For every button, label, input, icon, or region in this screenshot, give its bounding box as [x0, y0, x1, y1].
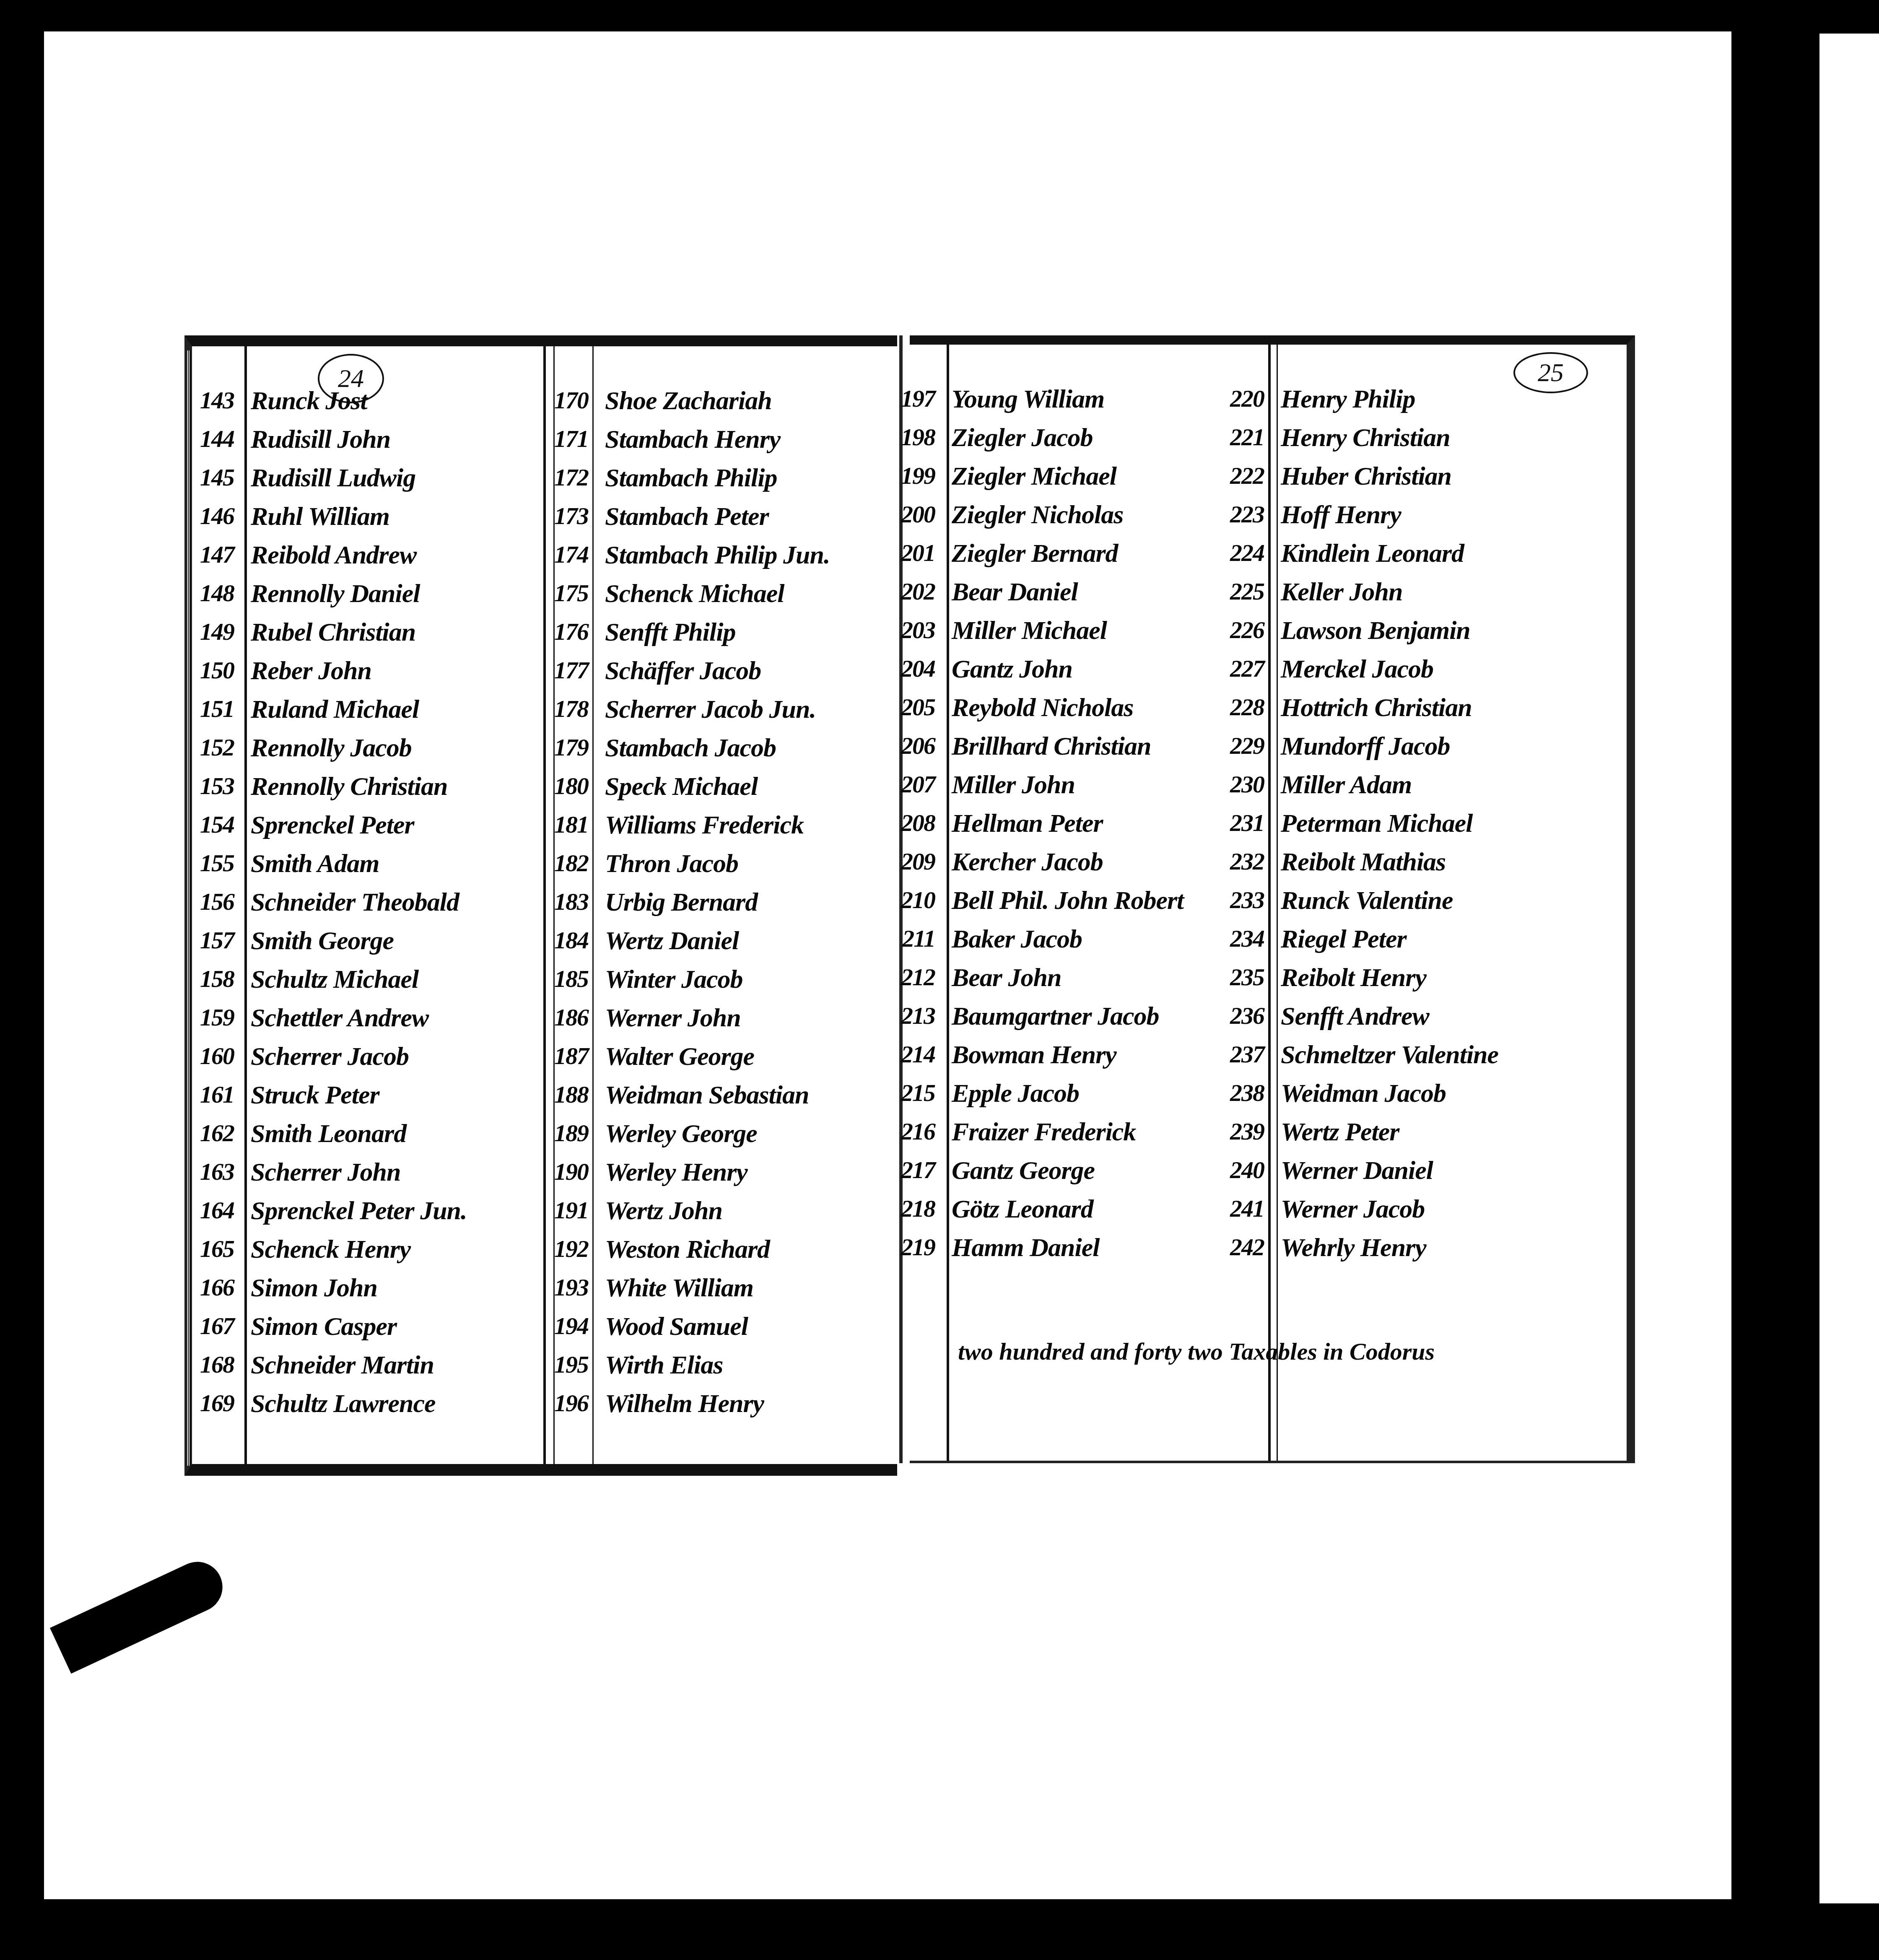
taxable-name: Schultz Michael — [251, 965, 418, 994]
taxable-name: Runck Jost — [251, 386, 367, 416]
left-page: 24 143Runck Jost144Rudisill John145Rudis… — [184, 335, 897, 1476]
entry-number: 212 — [893, 963, 935, 991]
entry-number: 214 — [893, 1040, 935, 1068]
taxable-name: Runck Valentine — [1281, 886, 1453, 916]
column-divider-rule — [543, 346, 546, 1464]
entry-number: 167 — [192, 1312, 234, 1340]
entry-number: 147 — [192, 540, 234, 569]
entry-number: 232 — [1222, 847, 1264, 875]
entry-number: 190 — [546, 1158, 588, 1186]
entry-number: 187 — [546, 1042, 588, 1070]
taxable-name: Fraizer Frederick — [952, 1117, 1136, 1147]
taxable-name: Rudisill John — [251, 425, 390, 454]
taxable-name: Simon Casper — [251, 1312, 397, 1342]
entry-number: 171 — [546, 425, 588, 453]
taxable-name: Scherrer Jacob Jun. — [605, 695, 816, 724]
taxable-name: Reibolt Henry — [1281, 963, 1426, 993]
entry-number: 146 — [192, 502, 234, 530]
entry-number: 176 — [546, 618, 588, 646]
entry-number: 144 — [192, 425, 234, 453]
taxable-name: Kindlein Leonard — [1281, 539, 1464, 569]
taxable-name: Schettler Andrew — [251, 1003, 428, 1033]
taxable-name: Wehrly Henry — [1281, 1233, 1426, 1263]
taxable-name: Ziegler Jacob — [952, 423, 1093, 453]
taxable-name: Hoff Henry — [1281, 500, 1401, 530]
taxable-name: Wertz Daniel — [605, 926, 739, 956]
entry-number: 234 — [1222, 924, 1264, 953]
entry-number: 172 — [546, 463, 588, 491]
taxable-name: Rennolly Christian — [251, 772, 448, 802]
entry-number: 223 — [1222, 500, 1264, 528]
taxable-name: Schenck Michael — [605, 579, 784, 609]
entry-number: 145 — [192, 463, 234, 491]
number-column-rule — [592, 346, 594, 1464]
entry-number: 200 — [893, 500, 935, 528]
entry-number: 198 — [893, 423, 935, 451]
taxable-name: Stambach Peter — [605, 502, 769, 532]
taxable-name: Speck Michael — [605, 772, 758, 802]
taxable-name: Stambach Philip Jun. — [605, 540, 830, 570]
entry-number: 170 — [546, 386, 588, 414]
taxable-name: Werner John — [605, 1003, 741, 1033]
taxable-name: Götz Leonard — [952, 1194, 1093, 1224]
entry-number: 199 — [893, 462, 935, 490]
taxable-name: Smith George — [251, 926, 394, 956]
entry-number: 185 — [546, 965, 588, 993]
entry-number: 204 — [893, 654, 935, 683]
entry-number: 155 — [192, 849, 234, 877]
entry-number: 181 — [546, 810, 588, 839]
entry-number: 208 — [893, 809, 935, 837]
entry-number: 206 — [893, 732, 935, 760]
taxable-name: Rubel Christian — [251, 618, 415, 647]
entry-number: 219 — [893, 1233, 935, 1261]
entry-number: 158 — [192, 965, 234, 993]
taxable-name: Bear Daniel — [952, 577, 1078, 607]
entry-number: 178 — [546, 695, 588, 723]
entry-number: 241 — [1222, 1194, 1264, 1223]
entry-number: 211 — [893, 924, 935, 953]
taxable-name: Stambach Philip — [605, 463, 777, 493]
entry-number: 148 — [192, 579, 234, 607]
taxable-name: Rennolly Daniel — [251, 579, 420, 609]
taxable-name: Rennolly Jacob — [251, 733, 412, 763]
entry-number: 162 — [192, 1119, 234, 1147]
taxable-name: Smith Leonard — [251, 1119, 406, 1149]
taxable-name: Wertz John — [605, 1196, 722, 1226]
entry-number: 164 — [192, 1196, 234, 1224]
entry-number: 186 — [546, 1003, 588, 1031]
taxable-name: Thron Jacob — [605, 849, 738, 879]
entry-number: 151 — [192, 695, 234, 723]
taxable-name: Reber John — [251, 656, 371, 686]
entry-number: 149 — [192, 618, 234, 646]
taxable-name: Miller Michael — [952, 616, 1107, 646]
entry-number: 207 — [893, 770, 935, 798]
taxable-name: Wilhelm Henry — [605, 1389, 764, 1419]
entry-number: 213 — [893, 1002, 935, 1030]
taxable-name: Wirth Elias — [605, 1350, 723, 1380]
taxable-name: Shoe Zachariah — [605, 386, 772, 416]
taxable-name: Struck Peter — [251, 1080, 379, 1110]
entry-number: 239 — [1222, 1117, 1264, 1145]
taxable-name: Senfft Philip — [605, 618, 735, 647]
entry-number: 150 — [192, 656, 234, 684]
taxable-name: Epple Jacob — [952, 1079, 1079, 1109]
entry-number: 192 — [546, 1235, 588, 1263]
taxable-name: Huber Christian — [1281, 462, 1451, 491]
taxable-name: Smith Adam — [251, 849, 379, 879]
taxable-name: Schneider Theobald — [251, 888, 459, 917]
page-edge-stack — [186, 350, 190, 1466]
taxable-name: Ziegler Michael — [952, 462, 1116, 491]
taxable-name: Reibold Andrew — [251, 540, 416, 570]
entry-number: 163 — [192, 1158, 234, 1186]
entry-number: 238 — [1222, 1079, 1264, 1107]
taxable-name: Gantz John — [952, 654, 1072, 684]
taxable-name: Werner Jacob — [1281, 1194, 1425, 1224]
entry-number: 217 — [893, 1156, 935, 1184]
taxable-name: Baker Jacob — [952, 924, 1082, 954]
entry-number: 161 — [192, 1080, 234, 1109]
taxable-name: Weidman Jacob — [1281, 1079, 1446, 1109]
entry-number: 242 — [1222, 1233, 1264, 1261]
taxable-name: Peterman Michael — [1281, 809, 1473, 839]
taxable-name: Stambach Henry — [605, 425, 780, 454]
entry-number: 193 — [546, 1273, 588, 1301]
taxable-name: Ruland Michael — [251, 695, 419, 724]
taxable-name: Kercher Jacob — [952, 847, 1103, 877]
taxable-name: Sprenckel Peter — [251, 810, 414, 840]
taxable-name: Weidman Sebastian — [605, 1080, 809, 1110]
entry-number: 209 — [893, 847, 935, 875]
entry-number: 240 — [1222, 1156, 1264, 1184]
entry-number: 191 — [546, 1196, 588, 1224]
number-column-rule — [947, 345, 949, 1461]
entry-number: 179 — [546, 733, 588, 761]
taxable-name: Scherrer Jacob — [251, 1042, 409, 1072]
entry-number: 231 — [1222, 809, 1264, 837]
entry-number: 224 — [1222, 539, 1264, 567]
entry-number: 216 — [893, 1117, 935, 1145]
entry-number: 205 — [893, 693, 935, 721]
entry-number: 159 — [192, 1003, 234, 1031]
entry-number: 169 — [192, 1389, 234, 1417]
entry-number: 225 — [1222, 577, 1264, 605]
taxable-name: Hellman Peter — [952, 809, 1103, 839]
taxable-name: Winter Jacob — [605, 965, 742, 994]
entry-number: 166 — [192, 1273, 234, 1301]
entry-number: 196 — [546, 1389, 588, 1417]
taxable-name: Wood Samuel — [605, 1312, 748, 1342]
taxable-name: Merckel Jacob — [1281, 654, 1433, 684]
entry-number: 157 — [192, 926, 234, 954]
entry-number: 233 — [1222, 886, 1264, 914]
taxable-name: Schmeltzer Valentine — [1281, 1040, 1498, 1070]
entry-number: 180 — [546, 772, 588, 800]
taxable-name: Gantz George — [952, 1156, 1095, 1186]
entry-number: 228 — [1222, 693, 1264, 721]
entry-number: 226 — [1222, 616, 1264, 644]
taxable-name: Reibolt Mathias — [1281, 847, 1446, 877]
entry-number: 152 — [192, 733, 234, 761]
taxable-name: Senfft Andrew — [1281, 1002, 1429, 1031]
taxable-name: Mundorff Jacob — [1281, 732, 1450, 761]
taxable-name: Hottrich Christian — [1281, 693, 1472, 723]
taxable-name: Reybold Nicholas — [952, 693, 1133, 723]
entry-number: 183 — [546, 888, 588, 916]
entry-number: 177 — [546, 656, 588, 684]
taxable-name: Schultz Lawrence — [251, 1389, 435, 1419]
page-number-right: 25 — [1513, 352, 1588, 393]
entry-number: 168 — [192, 1350, 234, 1378]
total-taxables-summary: two hundred and forty two Taxables in Co… — [958, 1337, 1435, 1366]
taxable-name: Rudisill Ludwig — [251, 463, 415, 493]
taxable-name: Keller John — [1281, 577, 1402, 607]
taxable-name: Schenck Henry — [251, 1235, 410, 1264]
taxable-name: Miller Adam — [1281, 770, 1412, 800]
taxable-name: Lawson Benjamin — [1281, 616, 1470, 646]
entry-number: 153 — [192, 772, 234, 800]
entry-number: 189 — [546, 1119, 588, 1147]
entry-number: 175 — [546, 579, 588, 607]
taxable-name: Henry Christian — [1281, 423, 1450, 453]
taxable-name: Brillhard Christian — [952, 732, 1151, 761]
entry-number: 201 — [893, 539, 935, 567]
entry-number: 236 — [1222, 1002, 1264, 1030]
taxable-name: Weston Richard — [605, 1235, 770, 1264]
taxable-name: Hamm Daniel — [952, 1233, 1099, 1263]
taxable-name: Urbig Bernard — [605, 888, 758, 917]
entry-number: 227 — [1222, 654, 1264, 683]
entry-number: 202 — [893, 577, 935, 605]
ledger-book: 24 143Runck Jost144Rudisill John145Rudis… — [184, 335, 1635, 1493]
taxable-name: Sprenckel Peter Jun. — [251, 1196, 467, 1226]
taxable-name: White William — [605, 1273, 753, 1303]
taxable-name: Baumgartner Jacob — [952, 1002, 1159, 1031]
entry-number: 210 — [893, 886, 935, 914]
entry-number: 194 — [546, 1312, 588, 1340]
taxable-name: Wertz Peter — [1281, 1117, 1399, 1147]
entry-number: 174 — [546, 540, 588, 569]
entry-number: 218 — [893, 1194, 935, 1223]
taxable-name: Werley George — [605, 1119, 757, 1149]
taxable-name: Miller John — [952, 770, 1075, 800]
entry-number: 235 — [1222, 963, 1264, 991]
taxable-name: Scherrer John — [251, 1158, 400, 1187]
number-column-rule — [244, 346, 247, 1464]
entry-number: 220 — [1222, 384, 1264, 413]
taxable-name: Werner Daniel — [1281, 1156, 1433, 1186]
entry-number: 156 — [192, 888, 234, 916]
entry-number: 143 — [192, 386, 234, 414]
taxable-name: Ziegler Nicholas — [952, 500, 1123, 530]
entry-number: 182 — [546, 849, 588, 877]
entry-number: 160 — [192, 1042, 234, 1070]
right-page: 25 197Young William198Ziegler Jacob199Zi… — [910, 335, 1635, 1463]
entry-number: 221 — [1222, 423, 1264, 451]
entry-number: 173 — [546, 502, 588, 530]
adjacent-sheet-edge — [1819, 34, 1879, 1903]
column-divider-rule — [1277, 345, 1278, 1461]
taxable-name: Stambach Jacob — [605, 733, 776, 763]
taxable-name: Ruhl William — [251, 502, 389, 532]
entry-number: 229 — [1222, 732, 1264, 760]
taxable-name: Bear John — [952, 963, 1061, 993]
entry-number: 188 — [546, 1080, 588, 1109]
entry-number: 197 — [893, 384, 935, 413]
taxable-name: Simon John — [251, 1273, 377, 1303]
taxable-name: Werley Henry — [605, 1158, 747, 1187]
taxable-name: Williams Frederick — [605, 810, 804, 840]
taxable-name: Bell Phil. John Robert — [952, 886, 1183, 916]
entry-number: 222 — [1222, 462, 1264, 490]
taxable-name: Walter George — [605, 1042, 754, 1072]
taxable-name: Ziegler Bernard — [952, 539, 1118, 569]
taxable-name: Schäffer Jacob — [605, 656, 761, 686]
entry-number: 230 — [1222, 770, 1264, 798]
taxable-name: Young William — [952, 384, 1104, 414]
column-divider-rule — [1268, 345, 1271, 1461]
entry-number: 203 — [893, 616, 935, 644]
entry-number: 237 — [1222, 1040, 1264, 1068]
taxable-name: Bowman Henry — [952, 1040, 1116, 1070]
entry-number: 195 — [546, 1350, 588, 1378]
entry-number: 184 — [546, 926, 588, 954]
entry-number: 165 — [192, 1235, 234, 1263]
entry-number: 215 — [893, 1079, 935, 1107]
entry-number: 154 — [192, 810, 234, 839]
taxable-name: Henry Philip — [1281, 384, 1415, 414]
taxable-name: Riegel Peter — [1281, 924, 1407, 954]
taxable-name: Schneider Martin — [251, 1350, 434, 1380]
